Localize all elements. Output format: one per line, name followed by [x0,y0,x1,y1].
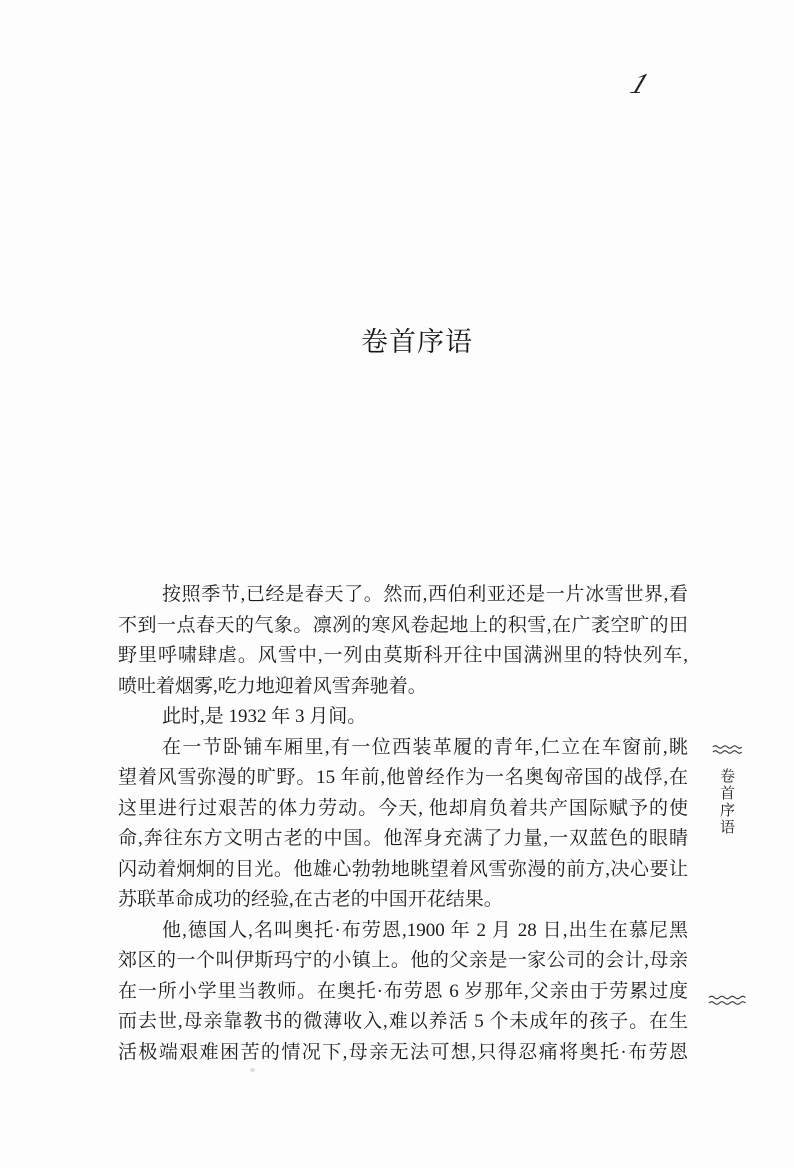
book-page: 1 卷首序语 按照季节,已经是春天了。然而,西伯利亚还是一片冰雪世界,看 不到一… [0,0,794,1168]
text-line: 命,奔往东方文明古老的中国。他浑身充满了力量,一双蓝色的眼睛 [118,824,688,855]
squiggle-icon [708,994,746,1006]
text-line: 喷吐着烟雾,吃力地迎着风雪奔驰着。 [118,672,688,703]
text-line: 不到一点春天的气象。凛冽的寒风卷起地上的积雪,在广袤空旷的田 [118,611,688,642]
text-line: 苏联革命成功的经验,在古老的中国开花结果。 [118,885,688,916]
text-line: 野里呼啸肆虐。风雪中,一列由莫斯科开往中国满洲里的特快列车, [118,641,688,672]
page-number: 1 [625,68,653,101]
text-line: 这里进行过艰苦的体力劳动。今天, 他却肩负着共产国际赋予的使 [118,794,688,825]
body-text: 按照季节,已经是春天了。然而,西伯利亚还是一片冰雪世界,看 不到一点春天的气象。… [118,580,688,1068]
text-line: 在一节卧铺车厢里,有一位西装革履的青年,仁立在车窗前,眺 [118,733,688,764]
margin-running-head: 卷首序语 [700,738,760,1028]
text-line: 他,德国人,名叫奥托·布劳恩,1900 年 2 月 28 日,出生在慕尼黑 [118,916,688,947]
chapter-title: 卷首序语 [132,320,702,359]
text-line: 望着风雪弥漫的旷野。15 年前,他曾经作为一名奥匈帝国的战俘,在 [118,763,688,794]
text-line: 此时,是 1932 年 3 月间。 [118,702,688,733]
squiggle-icon [712,744,742,755]
scan-artifact-dot [250,1068,255,1072]
text-line: 按照季节,已经是春天了。然而,西伯利亚还是一片冰雪世界,看 [118,580,688,611]
text-line: 郊区的一个叫伊斯玛宁的小镇上。他的父亲是一家公司的会计,母亲 [118,946,688,977]
margin-chapter-label: 卷首序语 [716,768,737,848]
text-line: 而去世,母亲靠教书的微薄收入,难以养活 5 个未成年的孩子。在生 [118,1007,688,1038]
text-line: 在一所小学里当教师。在奥托·布劳恩 6 岁那年,父亲由于劳累过度 [118,977,688,1008]
text-line: 闪动着炯炯的目光。他雄心勃勃地眺望着风雪弥漫的前方,决心要让 [118,855,688,886]
text-line: 活极端艰难困苦的情况下,母亲无法可想,只得忍痛将奥托·布劳恩 [118,1038,688,1069]
